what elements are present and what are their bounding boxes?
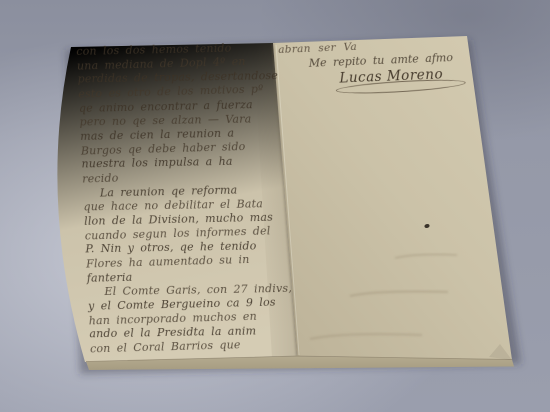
photo-backdrop: con los dos hemos tenido una mediana de … <box>0 0 550 412</box>
left-page-text: con los dos hemos tenido una mediana de … <box>76 40 306 356</box>
right-page-text: abran ser Va Me repito tu amte afmo Luca… <box>278 35 495 97</box>
